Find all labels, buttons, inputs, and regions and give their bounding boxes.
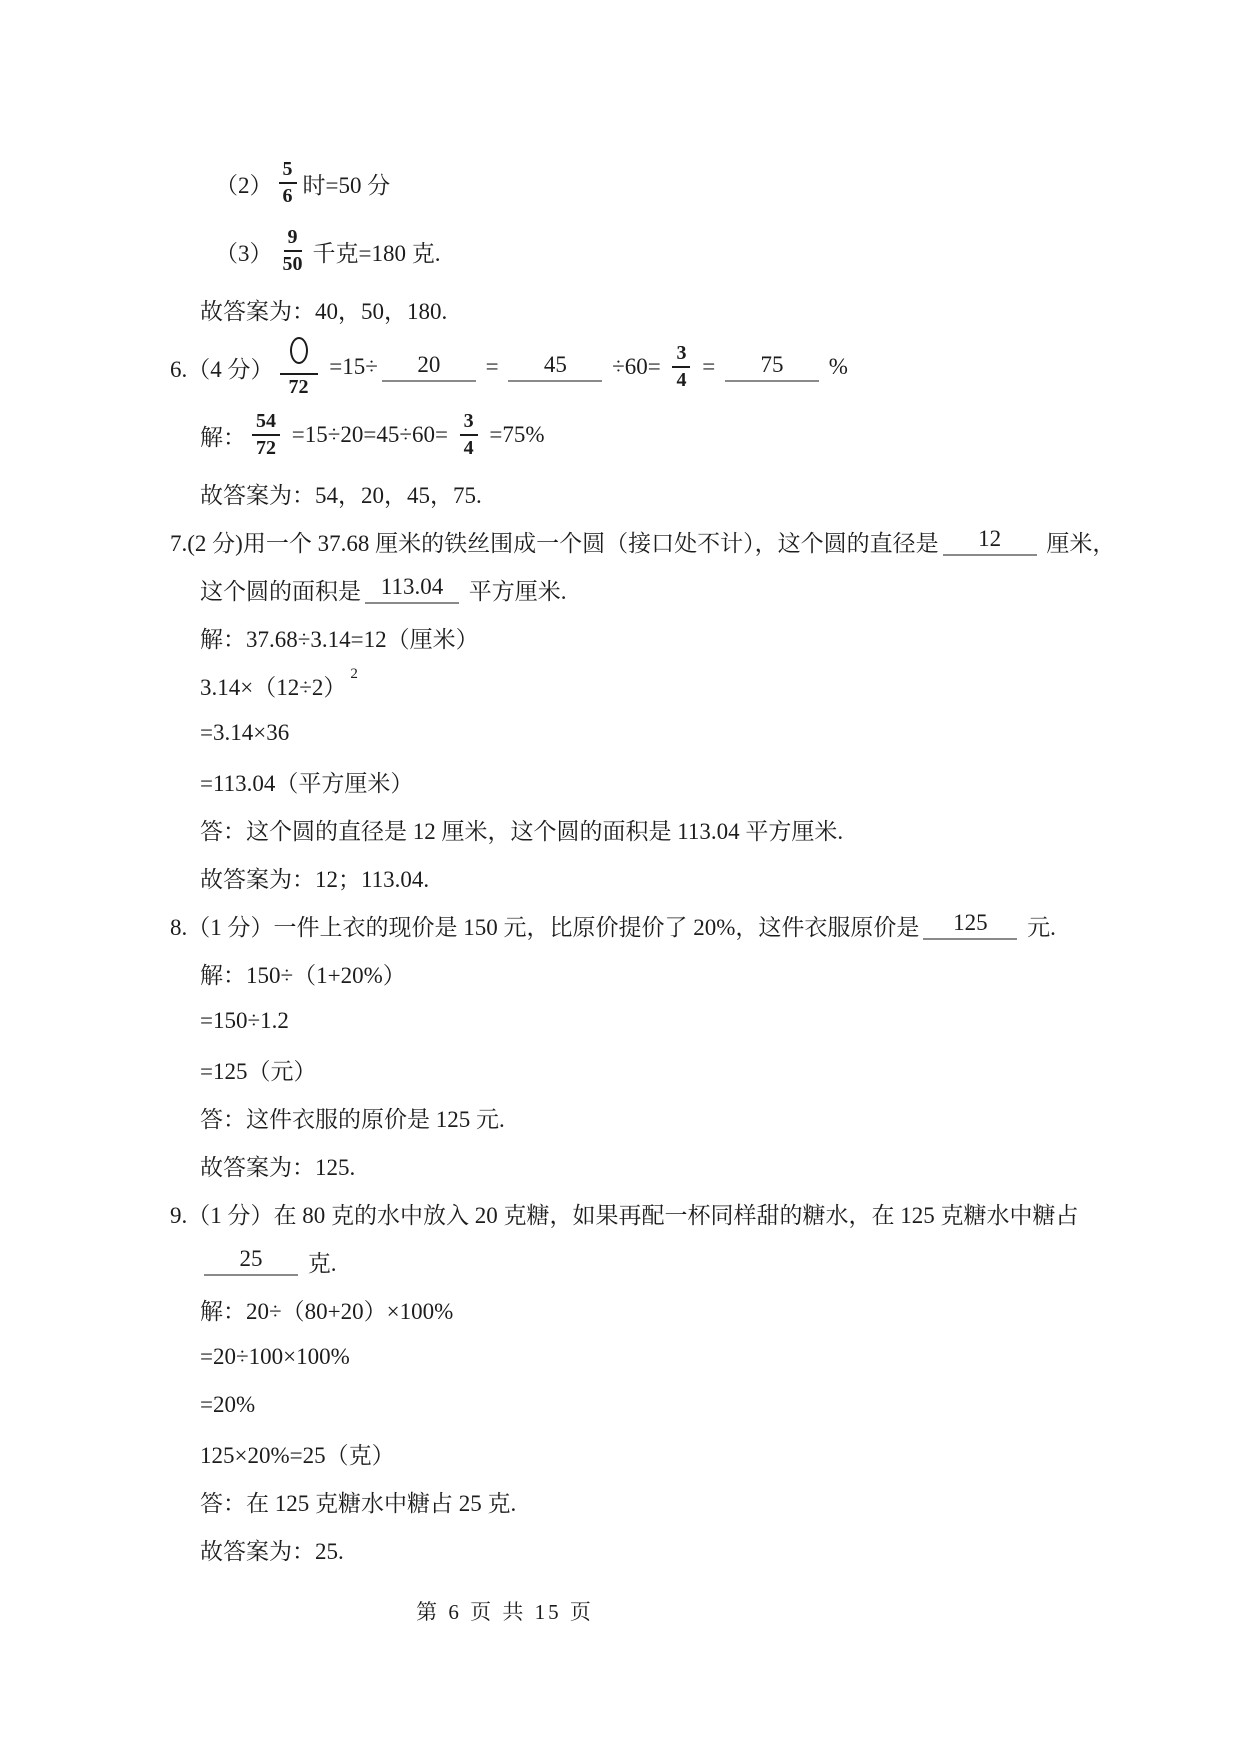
text-segment: =125（元） xyxy=(200,1053,316,1086)
solution-7-step: =113.04（平方厘米） xyxy=(170,757,1150,805)
problem-9: 9.（1 分）在 80 克的水中放入 20 克糖，如果再配一杯同样甜的糖水，在 … xyxy=(170,1189,1150,1237)
final-answer-line: 故答案为：12；113.04. xyxy=(170,853,1150,901)
fraction: 72 xyxy=(280,336,318,399)
text-segment: （2） xyxy=(215,167,273,200)
answer-statement-8: 答：这件衣服的原价是 125 元. xyxy=(170,1093,1150,1141)
text-segment: 千克=180 克. xyxy=(313,235,441,268)
solution-7-step: 3.14×（12÷2）2 xyxy=(170,661,1150,709)
text-segment: 3.14×（12÷2） xyxy=(200,669,346,702)
problem-6: 6.（4 分）72 =15÷20 = 45 ÷60= 34 = 75 % xyxy=(170,333,1150,401)
text-segment: =150÷1.2 xyxy=(200,1008,289,1034)
text-segment: 7.(2 分)用一个 37.68 厘米的铁丝围成一个圆（接口处不计），这个圆的直… xyxy=(170,525,939,558)
solution-8-step: 解：150÷（1+20%） xyxy=(170,949,1150,997)
sub-answer-3: （3）950千克=180 克. xyxy=(170,217,1150,285)
solution-8-step: =125（元） xyxy=(170,1045,1150,1093)
text-segment: 答：这件衣服的原价是 125 元. xyxy=(200,1101,505,1134)
text-segment: =15÷20=45÷60= xyxy=(286,422,454,448)
text-segment: 时=50 分 xyxy=(303,167,391,200)
problem-7: 7.(2 分)用一个 37.68 厘米的铁丝围成一个圆（接口处不计），这个圆的直… xyxy=(170,517,1150,565)
text-segment: =15÷ xyxy=(324,354,378,380)
text-segment: 故答案为：25. xyxy=(200,1533,344,1566)
text-segment: =113.04（平方厘米） xyxy=(200,765,413,798)
answer-statement-9: 答：在 125 克糖水中糖占 25 克. xyxy=(170,1477,1150,1525)
text-segment: 解：37.68÷3.14=12（厘米） xyxy=(200,621,479,654)
answer-blank: 45 xyxy=(508,352,602,382)
sub-answer-2: （2）56时=50 分 xyxy=(170,149,1150,217)
answer-blank: 12 xyxy=(943,526,1037,556)
text-segment: 厘米， xyxy=(1041,525,1116,558)
final-answer-line: 故答案为：54，20，45，75. xyxy=(170,469,1150,517)
fraction: 5472 xyxy=(252,410,280,460)
text-segment: 这个圆的面积是 xyxy=(200,573,361,606)
text-segment: 解： xyxy=(200,419,246,452)
fraction: 34 xyxy=(672,342,690,392)
final-answer-line: 故答案为：25. xyxy=(170,1525,1150,1573)
solution-9-step: =20÷100×100% xyxy=(170,1333,1150,1381)
superscript: 2 xyxy=(350,666,358,683)
text-segment: 克. xyxy=(302,1245,337,1278)
page-footer: 第 6 页 共 15 页 xyxy=(0,1596,1010,1626)
fraction: 950 xyxy=(279,226,307,276)
text-segment: % xyxy=(823,354,848,380)
blank-oval-icon xyxy=(290,337,308,364)
text-segment: 6.（4 分） xyxy=(170,351,274,384)
answer-blank: 25 xyxy=(204,1246,298,1276)
text-segment: 故答案为：125. xyxy=(200,1149,355,1182)
final-answer-line: 故答案为：125. xyxy=(170,1141,1150,1189)
problem-9-continued: 25 克. xyxy=(170,1237,1150,1285)
problem-8: 8.（1 分）一件上衣的现价是 150 元，比原价提价了 20%，这件衣服原价是… xyxy=(170,901,1150,949)
text-segment: 元. xyxy=(1021,909,1056,942)
text-segment: （3） xyxy=(215,235,273,268)
text-segment: =20% xyxy=(200,1392,255,1418)
text-segment: 125×20%=25（克） xyxy=(200,1437,395,1470)
answer-blank: 125 xyxy=(923,910,1017,940)
text-segment: 答：在 125 克糖水中糖占 25 克. xyxy=(200,1485,516,1518)
text-segment: 故答案为：54，20，45，75. xyxy=(200,477,482,510)
text-segment: ÷60= xyxy=(606,354,666,380)
text-segment: 9.（1 分）在 80 克的水中放入 20 克糖，如果再配一杯同样甜的糖水，在 … xyxy=(170,1197,1079,1230)
worksheet-page: （2）56时=50 分（3）950千克=180 克.故答案为：40，50，180… xyxy=(0,0,1240,1754)
document-body: （2）56时=50 分（3）950千克=180 克.故答案为：40，50，180… xyxy=(0,0,1240,1573)
fraction: 56 xyxy=(279,158,297,208)
text-segment: =20÷100×100% xyxy=(200,1344,350,1370)
answer-blank: 75 xyxy=(725,352,819,382)
fraction: 34 xyxy=(460,410,478,460)
solution-6: 解：5472 =15÷20=45÷60= 34 =75% xyxy=(170,401,1150,469)
text-segment: 解：20÷（80+20）×100% xyxy=(200,1293,453,1326)
text-segment: 解：150÷（1+20%） xyxy=(200,957,406,990)
final-answer-line: 故答案为：40，50，180. xyxy=(170,285,1150,333)
answer-blank: 113.04 xyxy=(365,574,459,604)
text-segment: 答：这个圆的直径是 12 厘米，这个圆的面积是 113.04 平方厘米. xyxy=(200,813,843,846)
solution-9-step: 解：20÷（80+20）×100% xyxy=(170,1285,1150,1333)
solution-9-step: 125×20%=25（克） xyxy=(170,1429,1150,1477)
solution-7-step: =3.14×36 xyxy=(170,709,1150,757)
text-segment: = xyxy=(480,354,504,380)
answer-blank: 20 xyxy=(382,352,476,382)
text-segment: =75% xyxy=(484,422,545,448)
page-number: 第 6 页 共 15 页 xyxy=(416,1600,594,1624)
text-segment: =3.14×36 xyxy=(200,720,289,746)
text-segment: 故答案为：12；113.04. xyxy=(200,861,429,894)
answer-statement-7: 答：这个圆的直径是 12 厘米，这个圆的面积是 113.04 平方厘米. xyxy=(170,805,1150,853)
text-segment: 平方厘米. xyxy=(463,573,567,606)
solution-8-step: =150÷1.2 xyxy=(170,997,1150,1045)
solution-9-step: =20% xyxy=(170,1381,1150,1429)
problem-7-continued: 这个圆的面积是113.04 平方厘米. xyxy=(170,565,1150,613)
text-segment: 故答案为：40，50，180. xyxy=(200,293,447,326)
text-segment: 8.（1 分）一件上衣的现价是 150 元，比原价提价了 20%，这件衣服原价是 xyxy=(170,909,919,942)
text-segment: = xyxy=(696,354,720,380)
solution-7-step: 解：37.68÷3.14=12（厘米） xyxy=(170,613,1150,661)
